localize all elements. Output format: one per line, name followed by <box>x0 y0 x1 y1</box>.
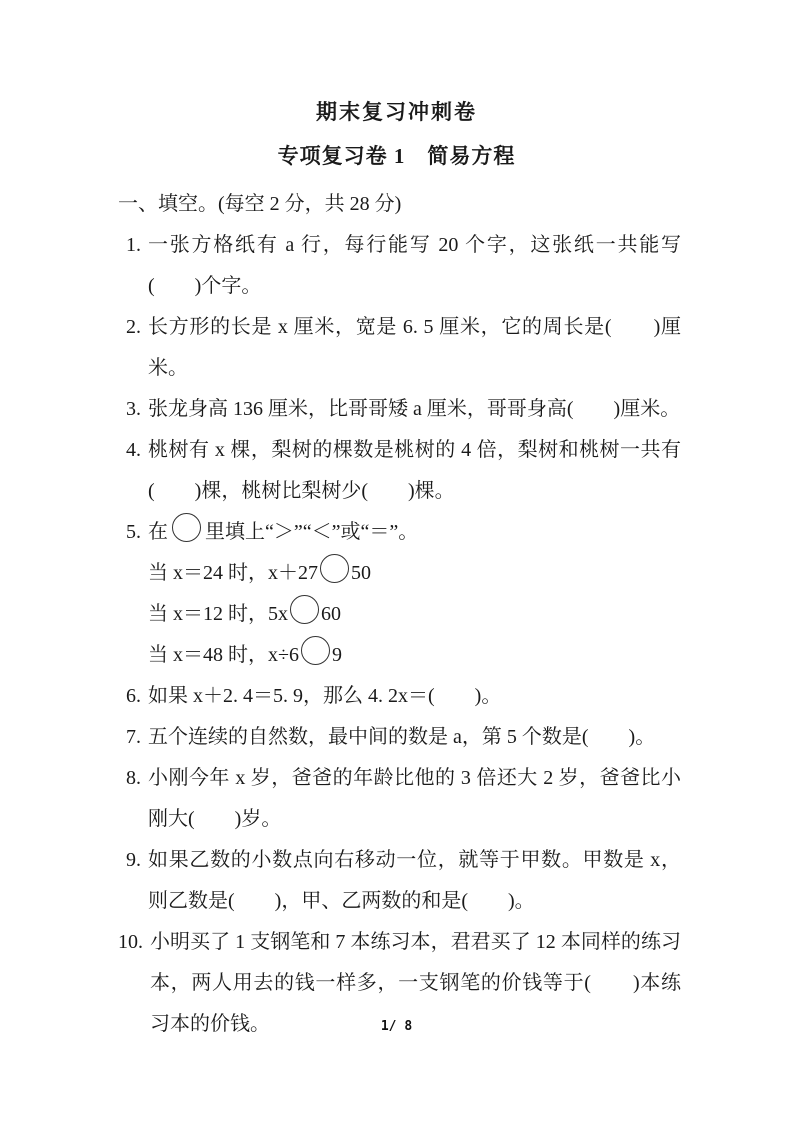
question-item-6: 6. 如果 x＋2. 4＝5. 9，那么 4. 2x＝( )。 <box>118 676 681 717</box>
question-number: 9. <box>118 840 148 881</box>
question-text: 张龙身高 136 厘米，比哥哥矮 a 厘米，哥哥身高( )厘米。 <box>148 389 681 430</box>
question-number: 4. <box>118 430 148 471</box>
question-item-7: 7. 五个连续的自然数，最中间的数是 a，第 5 个数是( )。 <box>118 717 681 758</box>
question-5-subline-2: 当 x＝12 时，5x60 <box>148 594 681 635</box>
question-text: 小刚今年 x 岁，爸爸的年龄比他的 3 倍还大 2 岁，爸爸比小刚大( )岁。 <box>148 758 681 840</box>
question-item-4: 4. 桃树有 x 棵，梨树的棵数是桃树的 4 倍，梨树和桃树一共有( )棵，桃树… <box>118 430 681 512</box>
question-text: 长方形的长是 x 厘米，宽是 6. 5 厘米，它的周长是( )厘米。 <box>148 307 681 389</box>
question-list: 1. 一张方格纸有 a 行，每行能写 20 个字，这张纸一共能写( )个字。 2… <box>118 225 681 1045</box>
question-number: 1. <box>118 225 148 266</box>
comparison-circle <box>320 554 349 583</box>
comparison-circle <box>301 636 330 665</box>
question-number: 7. <box>118 717 148 758</box>
question-text: 如果乙数的小数点向右移动一位，就等于甲数。甲数是 x，则乙数是( )，甲、乙两数… <box>148 840 681 922</box>
question-item-9: 9. 如果乙数的小数点向右移动一位，就等于甲数。甲数是 x，则乙数是( )，甲、… <box>118 840 681 922</box>
question-5-lead: 在里填上“＞”“＜”或“＝”。 <box>148 512 681 553</box>
doc-subtitle: 专项复习卷 1 简易方程 <box>0 145 793 168</box>
question-item-2: 2. 长方形的长是 x 厘米，宽是 6. 5 厘米，它的周长是( )厘米。 <box>118 307 681 389</box>
question-text: 如果 x＋2. 4＝5. 9，那么 4. 2x＝( )。 <box>148 676 681 717</box>
page-number: 1/ 8 <box>0 1019 793 1034</box>
question-number: 3. <box>118 389 148 430</box>
lead-text-pre: 在 <box>148 521 168 543</box>
question-5-subline-1: 当 x＝24 时，x＋2750 <box>148 553 681 594</box>
lead-text-post: 里填上“＞”“＜”或“＝”。 <box>205 521 418 543</box>
expression-left: 当 x＝48 时，x÷6 <box>148 644 299 666</box>
question-number: 8. <box>118 758 148 799</box>
question-number: 5. <box>118 512 148 553</box>
doc-title: 期末复习冲刺卷 <box>0 0 793 124</box>
expression-right: 60 <box>321 603 341 625</box>
question-number: 6. <box>118 676 148 717</box>
question-item-3: 3. 张龙身高 136 厘米，比哥哥矮 a 厘米，哥哥身高( )厘米。 <box>118 389 681 430</box>
section-heading-fill-in-blanks: 一、填空。(每空 2 分，共 28 分) <box>118 192 681 216</box>
question-item-5: 5. 在里填上“＞”“＜”或“＝”。 当 x＝24 时，x＋2750 当 x＝1… <box>118 512 681 676</box>
question-text: 一张方格纸有 a 行，每行能写 20 个字，这张纸一共能写( )个字。 <box>148 225 681 307</box>
worksheet-page: 期末复习冲刺卷 专项复习卷 1 简易方程 一、填空。(每空 2 分，共 28 分… <box>0 0 793 1122</box>
question-item-8: 8. 小刚今年 x 岁，爸爸的年龄比他的 3 倍还大 2 岁，爸爸比小刚大( )… <box>118 758 681 840</box>
question-text: 桃树有 x 棵，梨树的棵数是桃树的 4 倍，梨树和桃树一共有( )棵，桃树比梨树… <box>148 430 681 512</box>
question-item-1: 1. 一张方格纸有 a 行，每行能写 20 个字，这张纸一共能写( )个字。 <box>118 225 681 307</box>
expression-right: 50 <box>351 562 371 584</box>
expression-left: 当 x＝12 时，5x <box>148 603 288 625</box>
question-text: 五个连续的自然数，最中间的数是 a，第 5 个数是( )。 <box>148 717 681 758</box>
question-text: 在里填上“＞”“＜”或“＝”。 当 x＝24 时，x＋2750 当 x＝12 时… <box>148 512 681 676</box>
comparison-circle <box>290 595 319 624</box>
expression-left: 当 x＝24 时，x＋27 <box>148 562 318 584</box>
question-5-subline-3: 当 x＝48 时，x÷69 <box>148 635 681 676</box>
question-number: 2. <box>118 307 148 348</box>
fill-circle <box>172 513 201 542</box>
expression-right: 9 <box>332 644 342 666</box>
question-number: 10. <box>118 922 150 963</box>
